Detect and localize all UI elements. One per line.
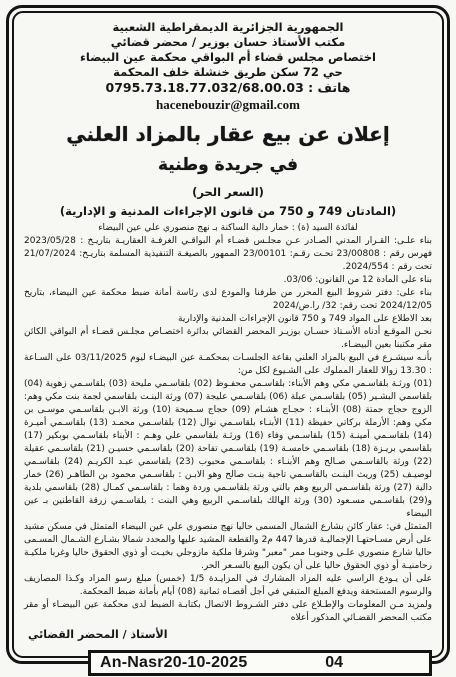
phone-line: هاتف : 0795.73.18.77.032/68.00.03 <box>24 80 432 96</box>
judgment-reference-paragraph: بناء علـى: القـرار المدني الصـادر عـن مج… <box>24 235 432 274</box>
notice-title: إعلان عن بيع عقار بالمزاد العلني <box>24 122 432 146</box>
document-inner-frame: الجمهورية الجزائرية الديمقراطية الشعبية … <box>12 11 444 658</box>
notice-subtitle: في جريدة وطنية <box>24 155 432 176</box>
law-article-paragraph: بناء على المادة 12 من القانون: 03/06. <box>24 274 432 287</box>
newspaper-footer-box: An-Nasr20-10-2025 04 <box>88 650 432 676</box>
auction-date-paragraph: بأنـه سيشـرع في البيع بالمزاد العلني بقا… <box>24 352 432 378</box>
deposit-terms-paragraph: على أن يـودع الراسي عليه المزاد المشارك … <box>24 573 432 599</box>
beneficiary-paragraph: لفائدة السيد (ة) : خمار دالية الساكنة بـ… <box>24 222 432 235</box>
legal-articles-note: (المادتان 749 و 750 من قانون الإجراءات ا… <box>24 204 432 218</box>
notice-body: لفائدة السيد (ة) : خمار دالية الساكنة بـ… <box>24 222 432 625</box>
heirs-list-paragraph: (01) ورثـة بلقاسـمي مكي وهم الأبناء: بلق… <box>24 378 432 521</box>
bailiff-declaration-paragraph: نحـن الموقـع أدناه الأسـتاذ حسـان بوزيـر… <box>24 326 432 352</box>
property-description-paragraph: المتمثل في: عقار كائن بشارع الشمال المسم… <box>24 521 432 573</box>
address-line: حي 72 سكن طريق خنشلة خلف المحكمة <box>24 65 432 80</box>
free-price-note: (السعر الحر) <box>24 185 432 199</box>
newspaper-legal-notice-page: الجمهورية الجزائرية الديمقراطية الشعبية … <box>0 0 456 677</box>
newspaper-edition-date: An-Nasr20-10-2025 <box>91 654 247 672</box>
newspaper-page-number: 04 <box>325 654 343 672</box>
bailiff-office-line: مكتب الأستاذ حسان بوزير / محضر قضائي <box>24 35 432 50</box>
republic-line: الجمهورية الجزائرية الديمقراطية الشعبية <box>24 20 432 35</box>
office-header: الجمهورية الجزائرية الديمقراطية الشعبية … <box>24 20 432 113</box>
bailiff-signature: الأستاذ / المحضر القضائي <box>28 628 432 642</box>
sale-conditions-register-paragraph: بناء على: دفتر شروط البيع المحرر من طرفن… <box>24 287 432 313</box>
more-info-paragraph: ولمزيد مـن المعلومات والإطـلاع على دفتر … <box>24 599 432 625</box>
email-line: hacenebouzir@gmail.com <box>24 96 432 113</box>
document-outer-frame: الجمهورية الجزائرية الديمقراطية الشعبية … <box>6 5 450 664</box>
procedure-articles-paragraph: بعد الاطلاع على المواد 749 و 750 قانون ا… <box>24 313 432 326</box>
jurisdiction-line: اختصاص مجلس قضاء أم البواقي محكمة عين ال… <box>24 50 432 65</box>
